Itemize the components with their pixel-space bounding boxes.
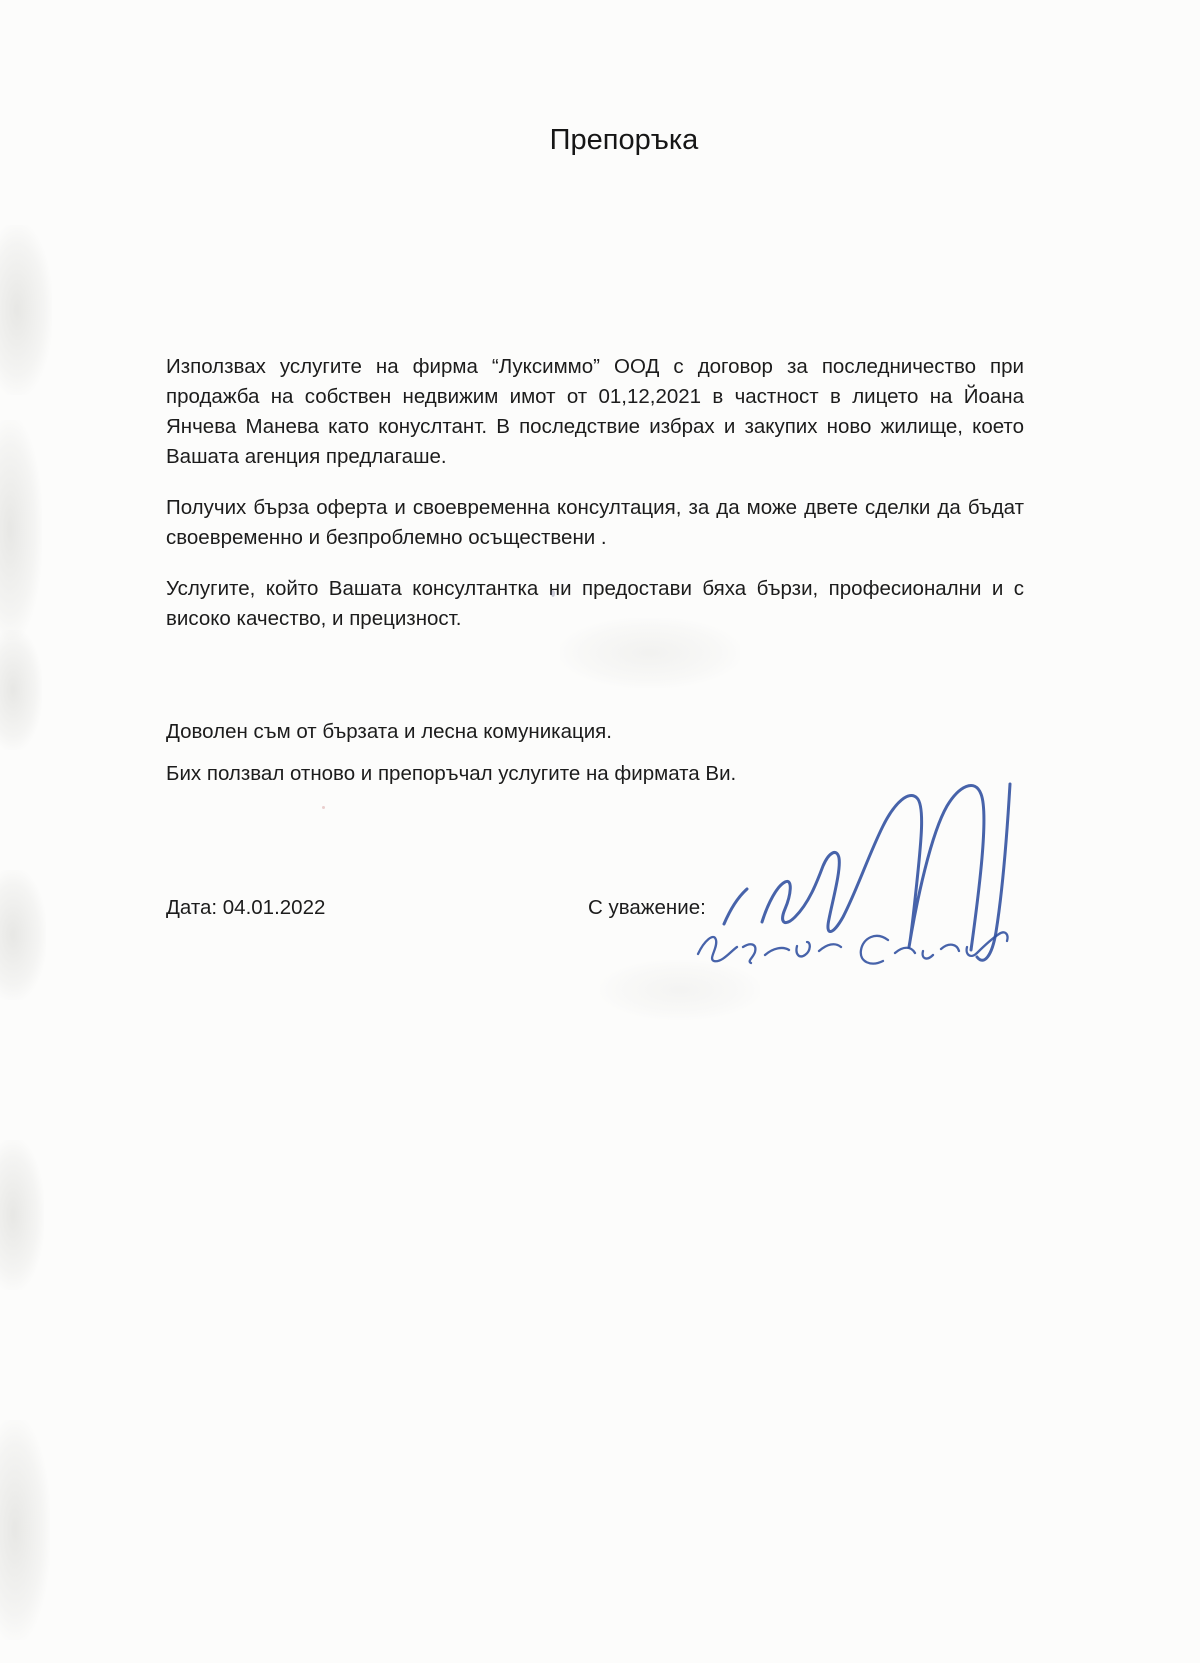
- scan-smudge: [0, 1420, 50, 1640]
- paragraph-services: Услугите, който Вашата консултантка ни п…: [166, 574, 1024, 634]
- paragraph-offer: Получих бърза оферта и своевременна конс…: [166, 493, 1024, 553]
- signature-stroke-tick: [724, 889, 747, 924]
- scan-smudge: [0, 1140, 44, 1290]
- paragraph-communication: Доволен съм от бързата и лесна комуникац…: [166, 717, 1024, 747]
- signature-stroke-name-first: [698, 937, 841, 963]
- scan-smudge: [0, 870, 46, 1000]
- letter-body: Използвах услугите на фирма “Луксиммо” О…: [166, 352, 1024, 810]
- scan-smudge: [0, 630, 42, 750]
- scan-smudge: [0, 420, 42, 640]
- date-label: Дата: 04.01.2022: [166, 896, 325, 920]
- handwritten-signature: [676, 770, 1040, 974]
- paragraph-intro: Използвах услугите на фирма “Луксиммо” О…: [166, 352, 1024, 472]
- scanned-letter-page: Препоръка Използвах услугите на фирма “Л…: [0, 0, 1200, 1663]
- signature-stroke-flourish: [762, 785, 984, 950]
- scan-smudge: [0, 225, 52, 395]
- document-title: Препоръка: [0, 124, 1200, 157]
